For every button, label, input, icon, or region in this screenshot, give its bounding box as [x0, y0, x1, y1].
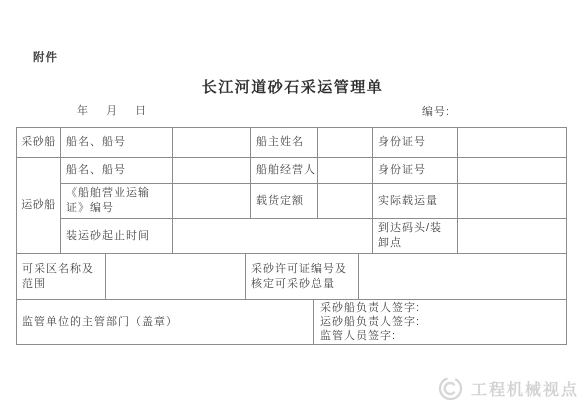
group-sand-mining-ship: 采砂船 — [17, 128, 61, 158]
value-cell-transport-license — [173, 184, 251, 219]
value-cell-arrival-dock — [458, 219, 567, 254]
value-cell-owner-name — [318, 128, 373, 158]
form-table: 采砂船 船名、船号 船主姓名 身份证号 运砂船 船名、船号 船舶经营人 身份证号… — [16, 127, 566, 345]
date-year-label: 年 — [77, 102, 89, 118]
label-id-number-row1: 身份证号 — [373, 128, 458, 158]
scanned-form-page: 附件 长江河道砂石采运管理单 年 月 日 编号: 采砂船 船名、船号 船主姓名 … — [0, 0, 585, 413]
table-row: 运砂船 船名、船号 船舶经营人 身份证号 — [17, 158, 567, 184]
table-row: 《船舶营业运输证》编号 载货定额 实际载运量 — [17, 184, 567, 219]
signature-table: 监管单位的主管部门（盖章） 采砂船负责人签字: 运砂船负责人签字: 监管人员签字… — [16, 299, 567, 345]
signature-line-mining-ship: 采砂船负责人签字: — [320, 301, 560, 315]
label-id-number-row2: 身份证号 — [373, 158, 458, 184]
signature-line-supervisor: 监管人员签字: — [320, 329, 560, 343]
value-cell-id-number-row1 — [458, 128, 567, 158]
label-ship-name-row2: 船名、船号 — [61, 158, 173, 184]
value-cell-actual-load — [458, 184, 567, 219]
label-mining-area: 可采区名称及范围 — [17, 254, 106, 300]
label-ship-name-row1: 船名、船号 — [61, 128, 173, 158]
value-cell-id-number-row2 — [458, 158, 567, 184]
signature-line-transport-ship: 运砂船负责人签字: — [320, 315, 560, 329]
label-transport-license: 《船舶营业运输证》编号 — [61, 184, 173, 219]
label-arrival-dock: 到达码头/装卸点 — [373, 219, 458, 254]
form-title: 长江河道砂石采运管理单 — [0, 76, 585, 97]
value-cell-mining-area — [106, 254, 246, 300]
date-day-label: 日 — [135, 102, 147, 118]
label-actual-load: 实际载运量 — [373, 184, 458, 219]
ship-info-table: 采砂船 船名、船号 船主姓名 身份证号 运砂船 船名、船号 船舶经营人 身份证号… — [16, 127, 567, 254]
value-cell-ship-name-row2 — [173, 158, 251, 184]
label-supervising-dept: 监管单位的主管部门（盖章） — [17, 300, 314, 345]
table-row: 监管单位的主管部门（盖章） 采砂船负责人签字: 运砂船负责人签字: 监管人员签字… — [17, 300, 567, 345]
serial-number-label: 编号: — [422, 103, 450, 119]
brand-watermark-text: 工程机械视点 — [471, 377, 579, 400]
label-cargo-quota: 载货定额 — [251, 184, 318, 219]
table-row: 采砂船 船名、船号 船主姓名 身份证号 — [17, 128, 567, 158]
date-line: 年 月 日 — [77, 102, 147, 118]
value-cell-operator — [318, 158, 373, 184]
label-permit-quota: 采砂许可证编号及核定可采砂总量 — [246, 254, 359, 300]
brand-logo-icon — [438, 376, 463, 401]
table-row: 可采区名称及范围 采砂许可证编号及核定可采砂总量 — [17, 254, 567, 300]
value-cell-permit-quota — [359, 254, 567, 300]
table-row: 装运砂起止时间 到达码头/装卸点 — [17, 219, 567, 254]
attachment-label: 附件 — [33, 49, 58, 65]
signature-cell: 采砂船负责人签字: 运砂船负责人签字: 监管人员签字: — [314, 300, 567, 345]
value-cell-ship-name-row1 — [173, 128, 251, 158]
date-month-label: 月 — [106, 102, 118, 118]
group-sand-transport-ship: 运砂船 — [17, 158, 61, 254]
mining-area-table: 可采区名称及范围 采砂许可证编号及核定可采砂总量 — [16, 253, 567, 300]
label-loading-period: 装运砂起止时间 — [61, 219, 173, 254]
label-owner-name: 船主姓名 — [251, 128, 318, 158]
label-operator: 船舶经营人 — [251, 158, 318, 184]
brand-watermark: 工程机械视点 — [438, 376, 579, 401]
value-cell-loading-period — [173, 219, 373, 254]
value-cell-cargo-quota — [318, 184, 373, 219]
